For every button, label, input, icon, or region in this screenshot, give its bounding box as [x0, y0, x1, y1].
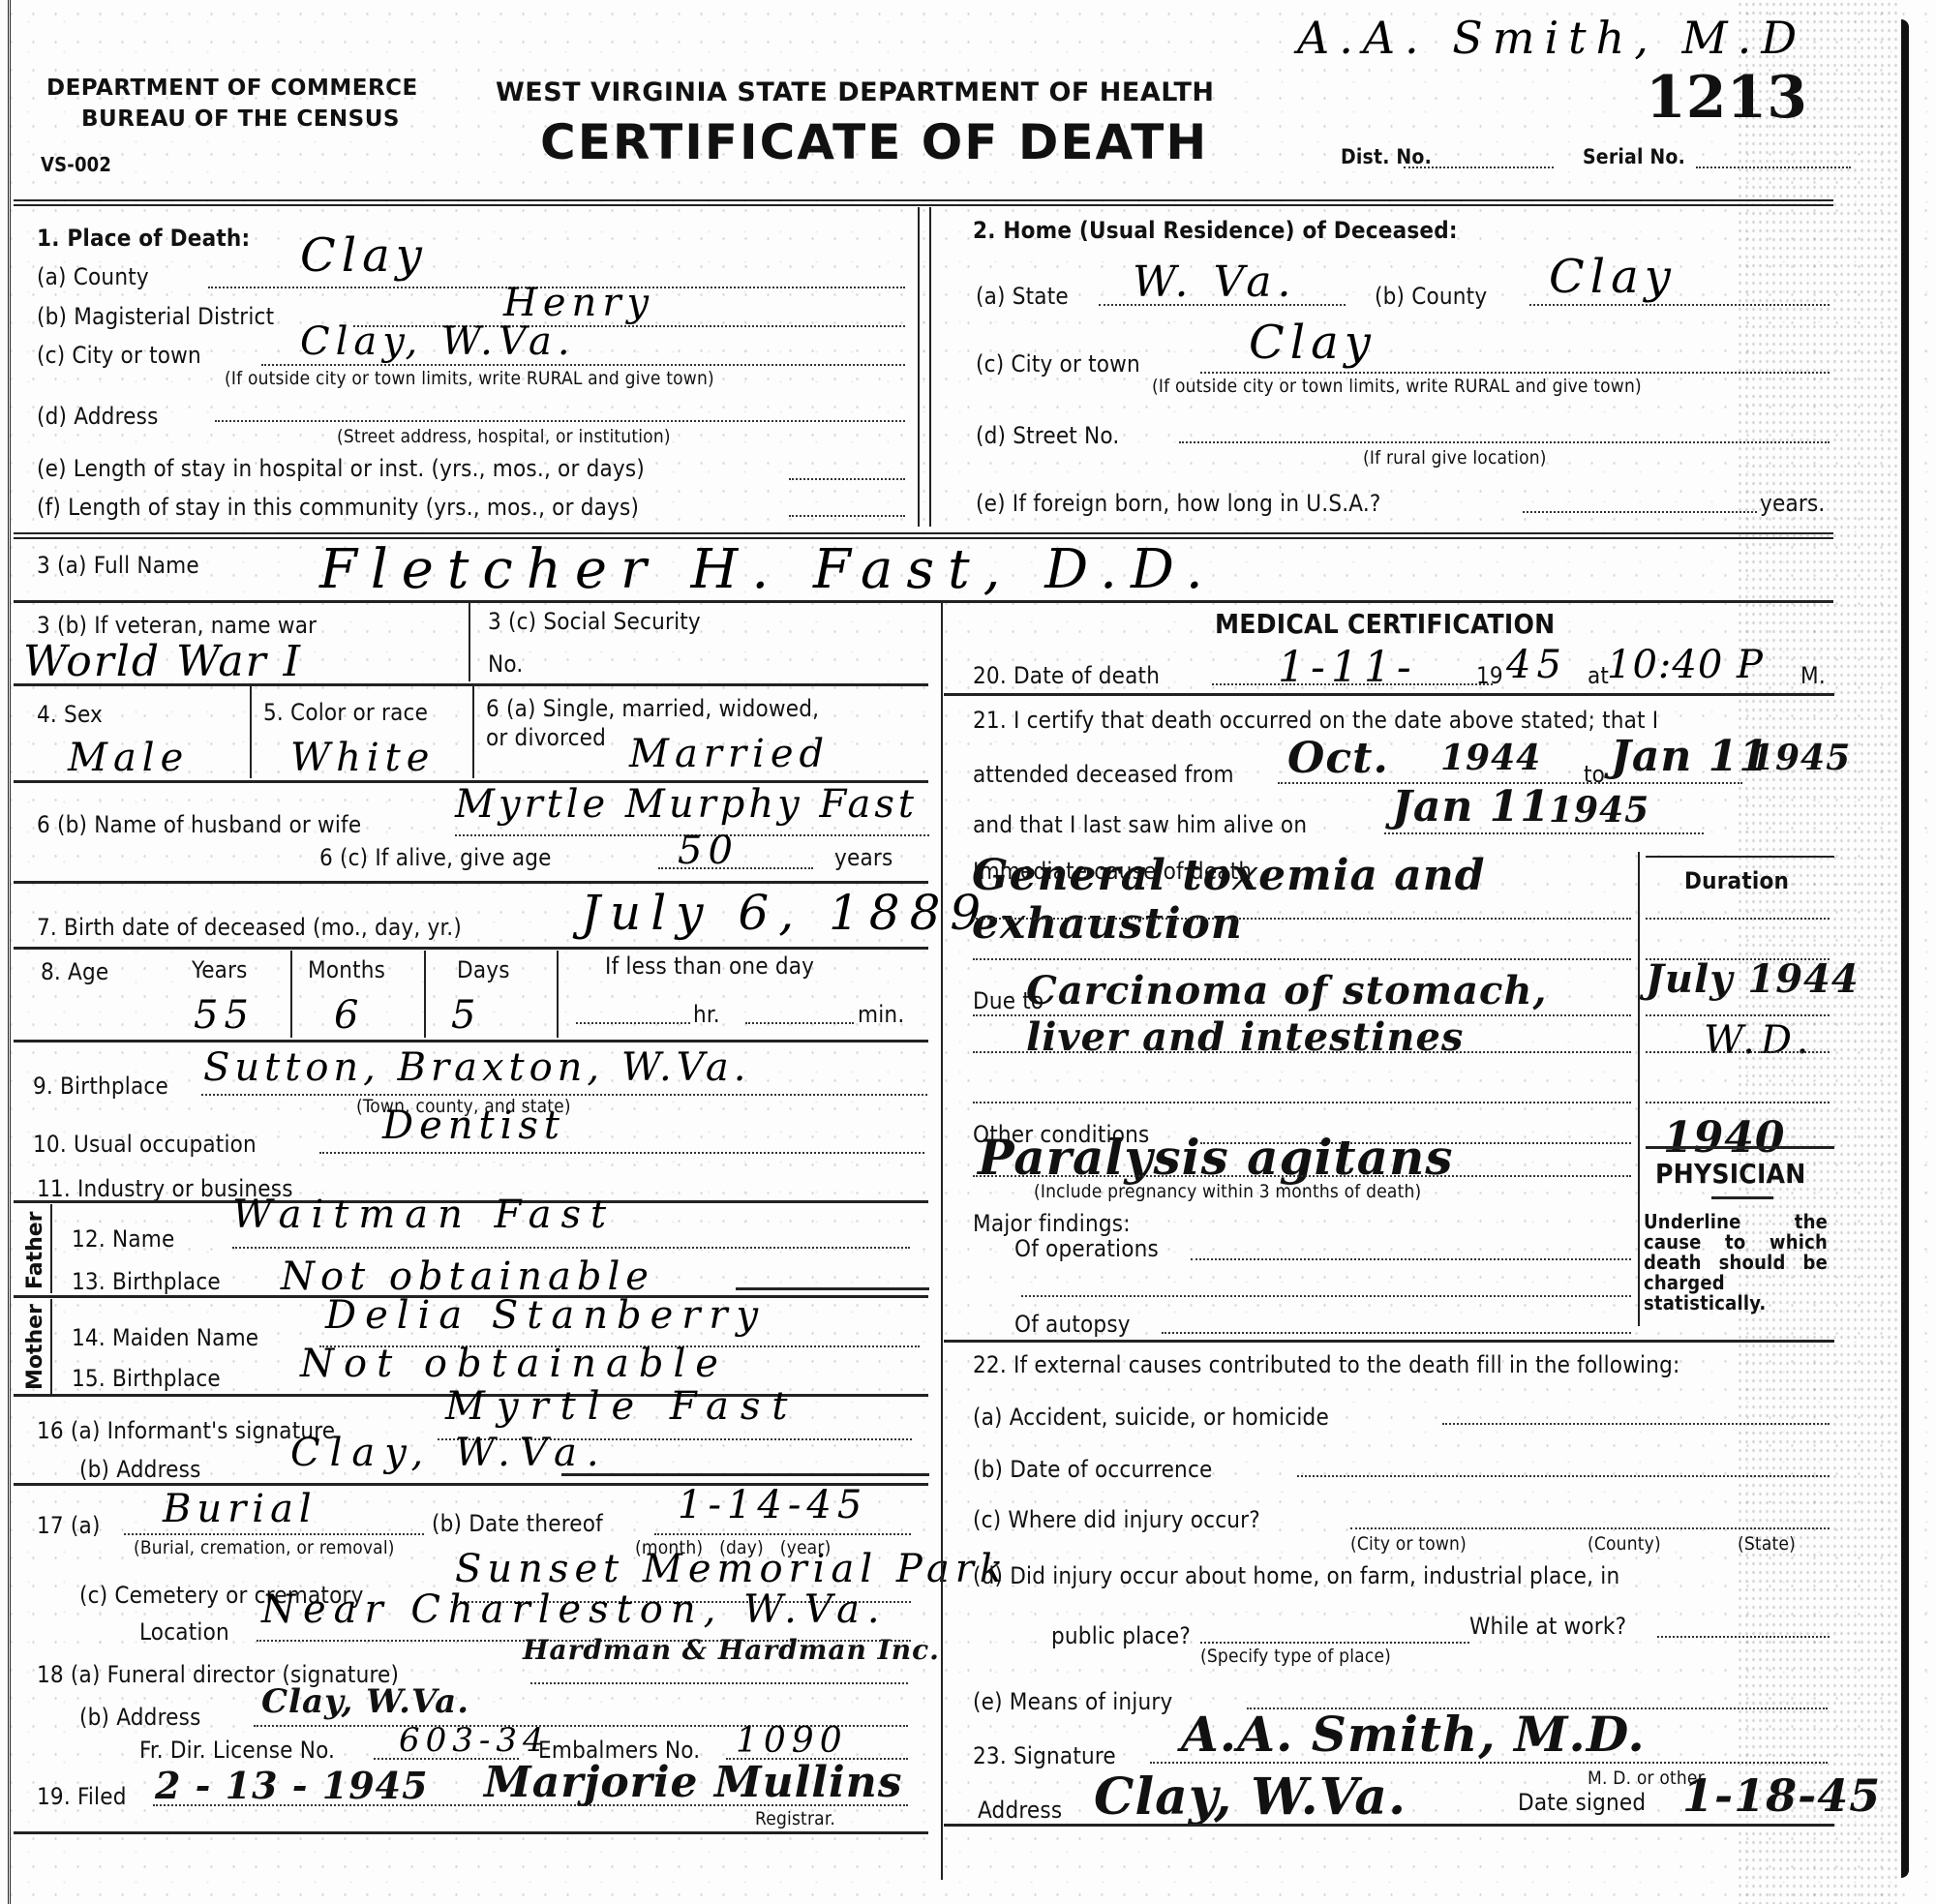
- res-street-note: (If rural give location): [1363, 447, 1547, 468]
- where-note-county: (County): [1588, 1533, 1661, 1555]
- ss-label: 3 (c) Social Security: [488, 608, 701, 635]
- district-label: (b) Magisterial District: [37, 303, 274, 330]
- sex-value: Male: [68, 736, 189, 780]
- informant-signature-value: Myrtle Fast: [445, 1384, 799, 1429]
- filed-label: 19. Filed: [37, 1783, 127, 1810]
- spouse-age-label: 6 (c) If alive, give age: [319, 844, 552, 871]
- disposition-date-label: (b) Date thereof: [432, 1510, 603, 1537]
- due-to-duration: July 1944: [1646, 956, 1860, 1002]
- res-county-value: Clay: [1549, 250, 1677, 304]
- certificate-title: CERTIFICATE OF DEATH: [540, 114, 1208, 170]
- registrar-label: Registrar.: [755, 1808, 835, 1829]
- informant-address-value: Clay, W.Va.: [290, 1431, 609, 1475]
- location-label: Location: [139, 1618, 229, 1646]
- agency-line-2: BUREAU OF THE CENSUS: [81, 106, 400, 132]
- father-name-value: Waitman Fast: [232, 1193, 616, 1237]
- occupation-value: Dentist: [382, 1103, 565, 1148]
- res-foreign-label: (e) If foreign born, how long in U.S.A.?: [976, 490, 1381, 517]
- full-name-label: 3 (a) Full Name: [37, 552, 199, 579]
- certificate-number: 1213: [1646, 64, 1807, 132]
- director-address-label: (b) Address: [79, 1704, 201, 1731]
- license-label: Fr. Dir. License No.: [139, 1737, 335, 1764]
- license-value: 603-34: [399, 1721, 550, 1760]
- attended-from-value: Oct.: [1287, 734, 1389, 783]
- years-label: Years: [192, 956, 248, 983]
- months-label: Months: [308, 956, 385, 983]
- physician-signature: A.A. Smith, M.D.: [1181, 1706, 1646, 1763]
- stay-hospital-label: (e) Length of stay in hospital or inst. …: [37, 455, 645, 482]
- duration-label: Duration: [1684, 867, 1789, 894]
- last-seen-value: Jan 11: [1392, 782, 1551, 831]
- res-city-label: (c) City or town: [976, 350, 1140, 378]
- other-condition-value: Paralysis agitans: [978, 1129, 1454, 1186]
- address-note: (Street address, hospital, or institutio…: [337, 426, 671, 447]
- funeral-director-value: Hardman & Hardman Inc.: [523, 1634, 940, 1666]
- death-time-value: 10:40 P: [1607, 643, 1764, 687]
- city-note: (If outside city or town limits, write R…: [225, 368, 714, 389]
- where-note-city: (City or town): [1350, 1533, 1467, 1555]
- last-seen-year: 1945: [1549, 790, 1649, 831]
- date-signed-label: Date signed: [1518, 1789, 1646, 1816]
- due-to-note: W.D.: [1704, 1018, 1814, 1063]
- death-time-label: at: [1588, 662, 1609, 689]
- while-at-work-label: While at work?: [1469, 1613, 1626, 1640]
- right-border: [1901, 19, 1909, 1878]
- mother-birthplace-label: 15. Birthplace: [72, 1365, 221, 1392]
- res-foreign-suffix: years.: [1760, 490, 1825, 517]
- where-note-state: (State): [1738, 1533, 1796, 1555]
- veteran-value: World War I: [23, 637, 302, 686]
- death-time-suffix: M.: [1800, 662, 1826, 689]
- race-value: White: [290, 736, 435, 780]
- injury-place-label: (d) Did injury occur about home, on farm…: [973, 1562, 1619, 1589]
- res-county-label: (b) County: [1375, 283, 1487, 310]
- scan-noise: [1737, 0, 1901, 1904]
- form-code: VS-002: [41, 153, 111, 176]
- signature-address-label: Address: [978, 1797, 1062, 1824]
- death-city-value: Clay, W.Va.: [300, 319, 576, 364]
- state-department: WEST VIRGINIA STATE DEPARTMENT OF HEALTH: [496, 77, 1214, 107]
- director-address-value: Clay, W.Va.: [261, 1682, 469, 1721]
- sex-label: 4. Sex: [37, 701, 103, 728]
- death-county-value: Clay: [300, 228, 428, 283]
- means-of-injury-label: (e) Means of injury: [973, 1688, 1172, 1715]
- spouse-age-suffix: years: [834, 844, 892, 871]
- disposition-type-value: Burial: [163, 1487, 318, 1531]
- physician-note: Underline the cause to which death shoul…: [1644, 1212, 1828, 1314]
- where-label: (c) Where did injury occur?: [973, 1506, 1260, 1533]
- place-of-death-heading: 1. Place of Death:: [37, 225, 250, 252]
- disposition-date-value: 1-14-45: [678, 1483, 867, 1527]
- major-findings-label: Major findings:: [973, 1210, 1131, 1237]
- left-border: [8, 0, 15, 1904]
- less-day-label: If less than one day: [605, 952, 814, 980]
- birth-date-value: July 6, 1889: [581, 885, 990, 941]
- spouse-age-value: 50: [678, 829, 739, 873]
- hr-label: hr.: [693, 1001, 720, 1028]
- mother-name-value: Delia Stanberry: [325, 1293, 767, 1338]
- physician-heading: PHYSICIAN: [1655, 1158, 1806, 1190]
- age-label: 8. Age: [41, 958, 108, 985]
- medical-heading: MEDICAL CERTIFICATION: [1215, 608, 1555, 640]
- birthplace-label: 9. Birthplace: [33, 1073, 168, 1100]
- stay-community-label: (f) Length of stay in this community (yr…: [37, 494, 639, 521]
- agency-line-1: DEPARTMENT OF COMMERCE: [46, 76, 418, 101]
- res-street-label: (d) Street No.: [976, 422, 1119, 449]
- cemetery-value: Sunset Memorial Park: [455, 1547, 1009, 1591]
- disposition-type-note: (Burial, cremation, or removal): [134, 1537, 395, 1558]
- operations-label: Of operations: [1014, 1235, 1159, 1262]
- filed-value: 2 - 13 - 1945: [155, 1764, 429, 1807]
- min-label: min.: [858, 1001, 904, 1028]
- res-state-value: W. Va.: [1133, 257, 1296, 307]
- occupation-label: 10. Usual occupation: [33, 1131, 257, 1158]
- death-year-prefix: 19: [1476, 662, 1503, 689]
- informant-address-label: (b) Address: [79, 1456, 201, 1483]
- top-annotation: A.A. Smith, M.D: [1297, 12, 1806, 64]
- birthplace-value: Sutton, Braxton, W.Va.: [203, 1045, 750, 1090]
- death-year-value: 45: [1506, 643, 1567, 687]
- county-label: (a) County: [37, 263, 149, 290]
- race-label: 5. Color or race: [263, 699, 428, 726]
- veteran-label: 3 (b) If veteran, name war: [37, 612, 317, 639]
- father-tag: Father: [23, 1211, 47, 1289]
- mother-name-label: 14. Maiden Name: [72, 1324, 258, 1351]
- res-city-note: (If outside city or town limits, write R…: [1152, 376, 1642, 397]
- dist-no-label: Dist. No.: [1341, 145, 1432, 168]
- attended-to-value: Jan 11: [1611, 732, 1770, 781]
- residence-heading: 2. Home (Usual Residence) of Deceased:: [973, 217, 1458, 244]
- marital-label-1: 6 (a) Single, married, widowed,: [486, 695, 819, 722]
- city-label: (c) City or town: [37, 342, 201, 369]
- serial-no-label: Serial No.: [1583, 145, 1685, 168]
- res-city-value: Clay: [1249, 316, 1376, 370]
- date-signed-value: 1-18-45: [1682, 1769, 1881, 1822]
- attended-from-year: 1944: [1440, 738, 1541, 778]
- ss-no-label: No.: [488, 650, 523, 678]
- death-date-value: 1-11-: [1278, 643, 1417, 692]
- registrar-signature: Marjorie Mullins: [484, 1758, 902, 1807]
- death-date-label: 20. Date of death: [973, 662, 1160, 689]
- public-place-label: public place?: [1051, 1622, 1191, 1649]
- spouse-value: Myrtle Murphy Fast: [455, 782, 918, 827]
- pregnancy-note: (Include pregnancy within 3 months of de…: [1034, 1181, 1421, 1202]
- location-value: Near Charleston, W.Va.: [261, 1587, 888, 1632]
- mother-tag: Mother: [23, 1304, 47, 1390]
- external-heading: 22. If external causes contributed to th…: [973, 1351, 1680, 1378]
- days-label: Days: [457, 956, 510, 983]
- res-state-label: (a) State: [976, 283, 1069, 310]
- signature-address-value: Clay, W.Va.: [1094, 1768, 1407, 1827]
- specify-place-note: (Specify type of place): [1200, 1646, 1391, 1667]
- days-value: 5: [451, 993, 481, 1038]
- mother-birthplace-value: Not obtainable: [300, 1342, 728, 1386]
- attended-to-year: 1945: [1750, 738, 1851, 778]
- other-duration-value: 1940: [1663, 1113, 1785, 1163]
- spouse-label: 6 (b) Name of husband or wife: [37, 811, 361, 838]
- years-value: 55: [194, 993, 255, 1038]
- embalmer-value: 1090: [736, 1721, 848, 1761]
- address-label: (d) Address: [37, 403, 159, 430]
- months-value: 6: [334, 993, 364, 1038]
- attended-to-label: to: [1584, 761, 1605, 788]
- immediate-cause-value: General toxemia and exhaustion: [972, 852, 1630, 949]
- father-birthplace-label: 13. Birthplace: [72, 1268, 221, 1295]
- marital-value: Married: [629, 732, 830, 776]
- last-seen-label: and that I last saw him alive on: [973, 811, 1307, 838]
- accident-label: (a) Accident, suicide, or homicide: [973, 1404, 1329, 1431]
- autopsy-label: Of autopsy: [1014, 1311, 1131, 1338]
- certify-text: 21. I certify that death occurred on the…: [973, 707, 1658, 734]
- birth-date-label: 7. Birth date of deceased (mo., day, yr.…: [37, 914, 462, 941]
- father-name-label: 12. Name: [72, 1225, 174, 1253]
- attended-label: attended deceased from: [973, 761, 1234, 788]
- disposition-type-label: 17 (a): [37, 1512, 101, 1539]
- full-name-value: Fletcher H. Fast, D.D.: [319, 538, 1217, 601]
- marital-label-2: or divorced: [486, 724, 606, 751]
- occurrence-date-label: (b) Date of occurrence: [973, 1456, 1213, 1483]
- signature-label: 23. Signature: [973, 1742, 1116, 1769]
- death-certificate: DEPARTMENT OF COMMERCE BUREAU OF THE CEN…: [0, 0, 1936, 1904]
